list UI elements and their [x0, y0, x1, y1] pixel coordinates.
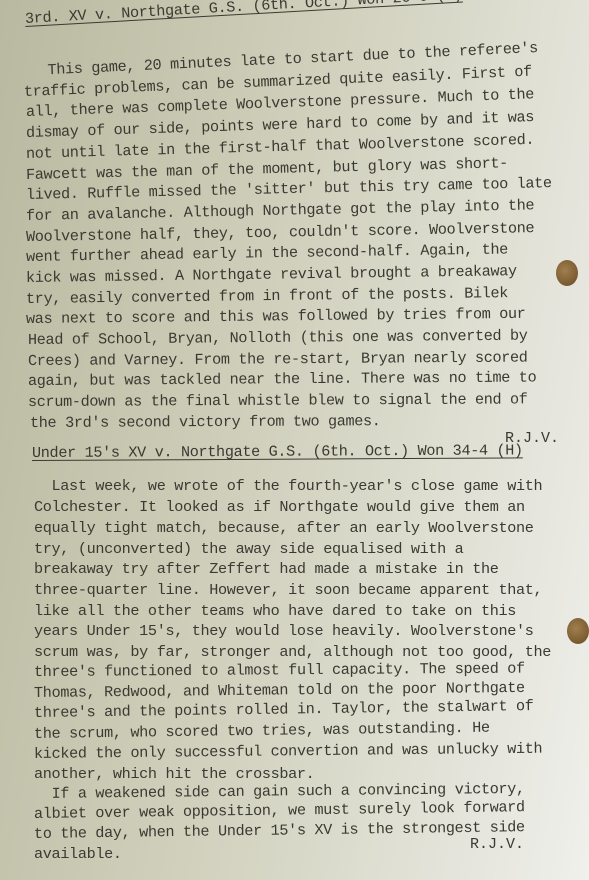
signature-initials: R.J.V. — [470, 836, 524, 853]
punch-hole — [556, 260, 578, 286]
report-line: Head of School, Bryan, Nolloth (this one… — [28, 327, 528, 349]
report-line: scrum-down as the final whistle blew to … — [28, 390, 528, 411]
report-line: like all the other teams who have dared … — [34, 602, 516, 620]
report-line: another, which hit the crossbar. — [34, 765, 314, 783]
typewritten-page: 3rd. XV v. Northgate G.S. (6th. Oct.) Wo… — [0, 0, 589, 880]
report-line: kick was missed. A Northgate revival bro… — [26, 262, 517, 287]
section-heading-under-15s: Under 15's XV v. Northgate G.S. (6th. Oc… — [32, 441, 523, 462]
report-line: three-quarter line. However, it soon bec… — [34, 581, 542, 599]
report-line: equally tight match, because, after an e… — [34, 519, 534, 537]
report-line: breakaway try after Zeffert had made a m… — [34, 560, 499, 578]
report-line: the 3rd's second victory from two games. — [30, 412, 381, 432]
report-line: was next to score and this was followed … — [26, 305, 526, 328]
report-line: again, but was tackled near the line. Th… — [28, 368, 536, 390]
section-heading-3rd-xv: 3rd. XV v. Northgate G.S. (6th. Oct.) Wo… — [24, 0, 463, 28]
report-line: try, (unconverted) the away side equalis… — [34, 540, 463, 558]
report-line: scrum was, by far, stronger and, althoug… — [34, 643, 551, 661]
report-line: try, easily converted from in front of t… — [26, 284, 508, 308]
report-line: Crees) and Varney. From the re-start, Br… — [28, 349, 528, 370]
report-line: kicked the only successful convertion an… — [34, 740, 542, 763]
report-line: available. — [34, 845, 122, 863]
report-line: Colchester. It looked as if Northgate wo… — [34, 498, 525, 516]
punch-hole — [567, 618, 589, 644]
report-line: years Under 15's, they would lose heavil… — [34, 622, 534, 640]
report-line: three's functioned to almost full capaci… — [34, 660, 525, 681]
report-line: Last week, we wrote of the fourth-year's… — [34, 477, 542, 495]
report-line: the scrum, who scored two tries, was out… — [34, 719, 490, 743]
